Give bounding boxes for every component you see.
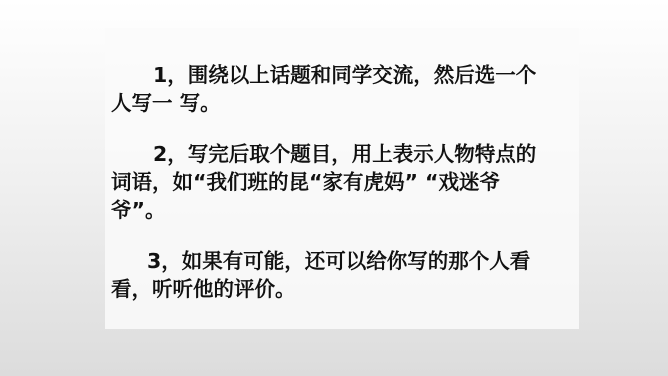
paragraph-2-line-3: 爷”。 bbox=[111, 196, 573, 224]
paragraph-2-line-1: 2，写完后取个题目，用上表示人物特点的 bbox=[111, 140, 573, 168]
text-box: 1，围绕以上话题和同学交流，然后选一个 人写一 写。 2，写完后取个题目，用上表… bbox=[105, 28, 579, 329]
paragraph-1-line-1: 1，围绕以上话题和同学交流，然后选一个 bbox=[111, 61, 573, 89]
paragraph-1-line-2: 人写一 写。 bbox=[111, 89, 573, 117]
paragraph-3-line-1: 3，如果有可能，还可以给你写的那个人看 bbox=[111, 247, 573, 275]
paragraph-2: 2，写完后取个题目，用上表示人物特点的 词语，如“我们班的昆“家有虎妈” “戏迷… bbox=[111, 140, 573, 224]
paragraph-2-line-2: 词语，如“我们班的昆“家有虎妈” “戏迷爷 bbox=[111, 168, 573, 196]
paragraph-3-line-2: 看，听听他的评价。 bbox=[111, 275, 573, 303]
paragraph-3: 3，如果有可能，还可以给你写的那个人看 看，听听他的评价。 bbox=[111, 247, 573, 303]
paragraph-1: 1，围绕以上话题和同学交流，然后选一个 人写一 写。 bbox=[111, 61, 573, 117]
slide: 1，围绕以上话题和同学交流，然后选一个 人写一 写。 2，写完后取个题目，用上表… bbox=[0, 0, 668, 376]
